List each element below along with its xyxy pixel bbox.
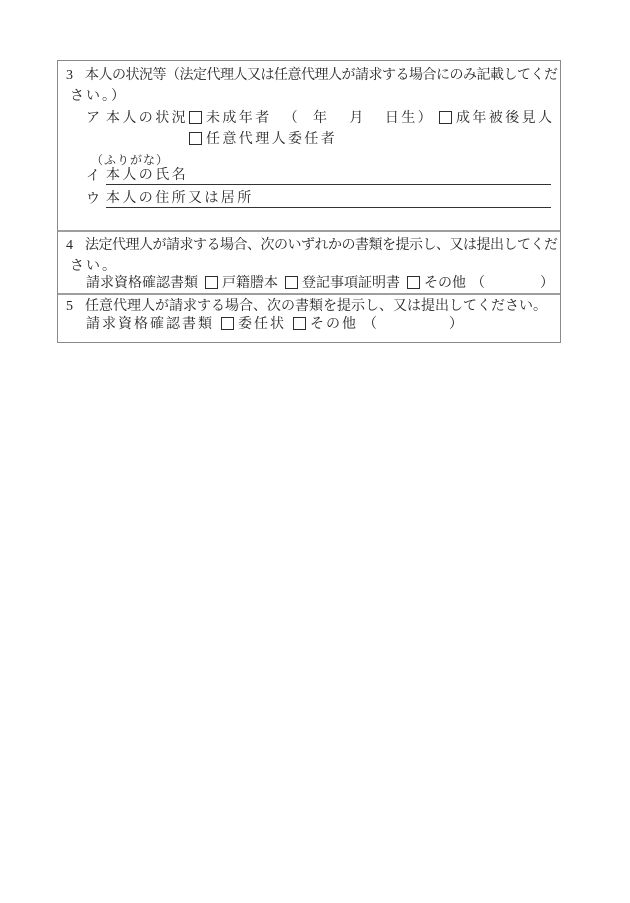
minor-paren-gap [272, 122, 284, 123]
minor-paren-open: （ [284, 111, 300, 127]
section4-other-paren-close: ） [540, 276, 554, 292]
section3-heading-text: 本人の状況等（法定代理人又は任意代理人が請求する場合にのみ記載してくだ [85, 68, 558, 84]
furigana-line: （ふりがな） [58, 152, 560, 168]
checkbox-minor-icon[interactable] [189, 111, 202, 124]
checkbox-adult-ward-icon[interactable] [439, 111, 452, 124]
section3-number: 3 [66, 68, 73, 84]
section4-docs-group: 請求資格確認書類戸籍謄本登記事項証明書その他（） [86, 276, 554, 293]
voluntary-delegate-option: 任意代理人委任者 [189, 132, 337, 149]
adult-ward-option: 成年被後見人 [439, 111, 554, 128]
section5-other-paren-open: （ [363, 317, 379, 333]
form-box: 3 本人の状況等（法定代理人又は任意代理人が請求する場合にのみ記載してくだ さい… [57, 60, 561, 343]
furigana-label: （ふりがな） [91, 152, 169, 168]
section5-other-paren-close: ） [449, 317, 465, 333]
section3-heading-wrap-text: さい。） [70, 89, 127, 105]
section3-heading-line1: 3 本人の状況等（法定代理人又は任意代理人が請求する場合にのみ記載してくだ [58, 68, 560, 84]
ininjo-label: 委任状 [238, 317, 286, 333]
row-i-label: イ [86, 169, 102, 185]
birth-day-blank[interactable] [366, 122, 385, 123]
row-u-label: ウ [86, 192, 102, 208]
section5-docs-group: 請求資格確認書類委任状その他（） [86, 317, 465, 334]
name-field-label: 本人の氏名 [106, 168, 188, 184]
section4-number: 4 [66, 238, 73, 254]
section4-docs-label: 請求資格確認書類 [86, 276, 198, 292]
birth-month-blank[interactable] [329, 122, 349, 123]
toki-jiko-shomeisho-label: 登記事項証明書 [302, 276, 400, 292]
section5-docs-line: 請求資格確認書類委任状その他（） [58, 317, 560, 333]
checkbox-section4-other-icon[interactable] [407, 276, 420, 289]
name-fill-field[interactable]: 本人の氏名 [106, 168, 551, 185]
voluntary-delegate-option-label: 任意代理人委任者 [206, 132, 337, 148]
section4-docs-line: 請求資格確認書類戸籍謄本登記事項証明書その他（） [58, 276, 560, 292]
row-u-line: ウ 本人の住所又は居所 [58, 192, 560, 208]
spacer [286, 328, 293, 329]
birth-year-blank[interactable] [300, 122, 313, 123]
section4-other-blank[interactable] [485, 287, 540, 288]
minor-option-label: 未成年者 [206, 111, 272, 127]
section4-heading-text: 法定代理人が請求する場合、次のいずれかの書類を提示し、又は提出してくだ [85, 238, 558, 254]
birth-day-label: 日生） [385, 111, 434, 127]
section3-4-divider [58, 230, 560, 232]
birth-month-label: 月 [349, 111, 365, 127]
checkbox-voluntary-delegate-icon[interactable] [189, 132, 202, 145]
section4-5-divider [58, 293, 560, 295]
section5-heading-line1: 5 任意代理人が請求する場合、次の書類を提示し、又は提出してください。 [58, 299, 560, 315]
section4-other-paren-open: （ [471, 276, 485, 292]
checkbox-ininjo-icon[interactable] [221, 317, 234, 330]
section4-heading-line1: 4 法定代理人が請求する場合、次のいずれかの書類を提示し、又は提出してくだ [58, 238, 560, 254]
checkbox-koseki-tohon-icon[interactable] [205, 276, 218, 289]
spacer [198, 287, 205, 288]
section5-heading-text: 任意代理人が請求する場合、次の書類を提示し、又は提出してください。 [85, 299, 547, 315]
section5-other-label: その他 [310, 317, 358, 333]
document-page: 3 本人の状況等（法定代理人又は任意代理人が請求する場合にのみ記載してくだ さい… [0, 0, 630, 903]
checkbox-section5-other-icon[interactable] [293, 317, 306, 330]
spacer [214, 328, 221, 329]
spacer [278, 287, 285, 288]
row-a-label: ア [86, 111, 102, 127]
checkbox-toki-jiko-shomeisho-icon[interactable] [285, 276, 298, 289]
section5-docs-label: 請求資格確認書類 [86, 317, 214, 333]
adult-ward-option-label: 成年被後見人 [456, 111, 554, 127]
row-a-line1: ア 本人の状況 未成年者（年月日生） 成年被後見人 [58, 111, 560, 127]
koseki-tohon-label: 戸籍謄本 [222, 276, 278, 292]
row-i-line: イ 本人の氏名 [58, 169, 560, 185]
section5-other-blank[interactable] [379, 328, 449, 329]
section4-heading-wrap-text: さい。 [70, 259, 118, 275]
address-fill-field[interactable]: 本人の住所又は居所 [106, 191, 551, 208]
row-a-title: 本人の状況 [106, 111, 188, 127]
spacer [400, 287, 407, 288]
birth-year-label: 年 [313, 111, 329, 127]
section5-number: 5 [66, 299, 73, 315]
section4-heading-line2: さい。 [58, 259, 560, 275]
address-field-label: 本人の住所又は居所 [106, 191, 254, 207]
section4-other-label: その他 [424, 276, 466, 292]
minor-option: 未成年者（年月日生） [189, 111, 434, 128]
row-a-line2: 任意代理人委任者 [58, 132, 560, 148]
section3-heading-line2: さい。） [58, 89, 560, 105]
